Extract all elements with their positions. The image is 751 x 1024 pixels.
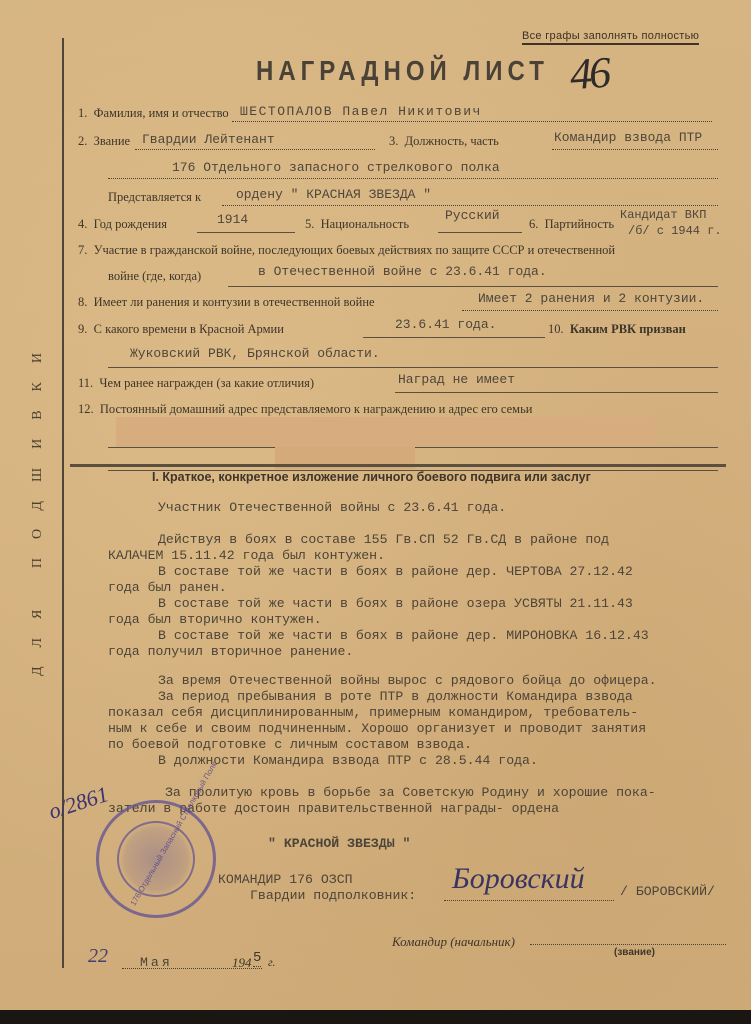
field-1-value: ШЕСТОПАЛОВ Павел Никитович	[240, 104, 482, 119]
narrative-line: В составе той же части в боях в районе д…	[158, 628, 649, 644]
unit-stamp: 176 Отдельный Запасный Стрелковый Полк	[96, 800, 216, 918]
field-9-value: 23.6.41 года.	[395, 317, 496, 332]
field-1-full-name: 1. Фамилия, имя и отчество	[78, 106, 229, 121]
binding-margin-text: ДЛЯ ПОДШИВКИ	[30, 260, 54, 750]
field-4-value: 1914	[217, 212, 248, 227]
field-10-conscription-office: 10. Каким РВК призван	[548, 322, 686, 337]
field-6-value-line2: /б/ с 1944 г.	[628, 224, 722, 238]
scan-border	[0, 1010, 751, 1024]
field-8-value: Имеет 2 ранения и 2 контузии.	[478, 291, 704, 306]
field-7-war-participation: 7. Участие в гражданской войне, последую…	[78, 243, 615, 258]
narrative-line: В составе той же части в боях в районе д…	[158, 564, 633, 580]
narrative-line: В составе той же части в боях в районе о…	[158, 596, 633, 612]
field-3-position: 3. Должность, часть	[389, 134, 499, 149]
field-5-nationality: 5. Национальность	[305, 217, 409, 232]
field-4-birth-year: 4. Год рождения	[78, 217, 167, 232]
document-title: НАГРАДНОЙ ЛИСТ	[256, 56, 549, 88]
date-month: Мая	[140, 955, 173, 971]
field-2-value: Гвардии Лейтенант	[142, 132, 275, 147]
field-6-value: Кандидат ВКП	[620, 208, 706, 222]
date-year-unit: г.	[268, 955, 276, 970]
narrative-line: ным к себе и своим подчиненным. Хорошо о…	[108, 721, 646, 737]
field-9-army-since: 9. С какого времени в Красной Армии	[78, 322, 284, 337]
narrative-line: года был вторично контужен.	[108, 612, 322, 628]
handwritten-sheet-number: 46	[568, 47, 609, 101]
signature-line	[444, 900, 614, 901]
date-day: 22	[88, 945, 108, 968]
field-6-party: 6. Партийность	[529, 217, 614, 232]
commander-label: Командир (начальник)	[392, 934, 515, 950]
narrative-line: по боевой подготовке с личным составом в…	[108, 737, 472, 753]
binding-margin-line	[62, 38, 64, 968]
section-divider	[70, 464, 726, 467]
commander-line	[530, 944, 726, 945]
signatory-title: КОМАНДИР 176 ОЗСП	[218, 872, 353, 888]
address-redaction	[116, 417, 658, 447]
field-3-value: Командир взвода ПТР	[554, 130, 702, 145]
field-12-home-address: 12. Постоянный домашний адрес представля…	[78, 402, 532, 417]
signatory-rank: Гвардии подполковник:	[250, 888, 416, 904]
handwritten-signature: Боровский	[452, 862, 585, 896]
narrative-line: Участник Отечественной войны с 23.6.41 г…	[158, 500, 506, 516]
narrative-line: За пролитую кровь в борьбе за Советскую …	[165, 785, 656, 801]
field-7-label-line2: войне (где, когда)	[108, 269, 201, 284]
field-11-value: Наград не имеет	[398, 372, 515, 387]
rank-caption: (звание)	[614, 947, 655, 958]
narrative-line: Действуя в боях в составе 155 Гв.СП 52 Г…	[158, 532, 609, 548]
field-2-rank: 2. Звание	[78, 134, 130, 149]
narrative-line: За период пребывания в роте ПТР в должно…	[158, 689, 633, 705]
presented-for-label: Представляется к	[108, 190, 201, 205]
field-8-wounds: 8. Имеет ли ранения и контузии в отечест…	[78, 295, 375, 310]
narrative-line: За время Отечественной войны вырос с ряд…	[158, 673, 657, 689]
narrative-line: КАЛАЧЕМ 15.11.42 года был контужен.	[108, 548, 385, 564]
field-11-previous-awards: 11. Чем ранее награжден (за какие отличи…	[78, 376, 314, 391]
presented-award-value: ордену " КРАСНАЯ ЗВЕЗДА "	[236, 187, 431, 202]
date-year-suffix: 5	[253, 950, 261, 967]
narrative-line: года был ранен.	[108, 580, 227, 596]
fill-instruction: Все графы заполнять полностью	[522, 30, 699, 45]
field-5-value: Русский	[445, 208, 500, 223]
field-3-value-line2: 176 Отдельного запасного стрелкового пол…	[172, 160, 500, 175]
field-10-value: Жуковский РВК, Брянской области.	[130, 346, 380, 361]
field-7-value: в Отечественной войне с 23.6.41 года.	[258, 264, 547, 279]
narrative-award-name: " КРАСНОЙ ЗВЕЗДЫ "	[268, 836, 410, 852]
date-year-prefix: 194	[232, 955, 252, 971]
narrative-line: года получил вторичное ранение.	[108, 644, 353, 660]
signatory-typed-name: / БОРОВСКИЙ/	[620, 884, 715, 900]
narrative-heading: I. Краткое, конкретное изложение личного…	[152, 470, 591, 484]
narrative-line: показал себя дисциплинированным, примерн…	[108, 705, 638, 721]
